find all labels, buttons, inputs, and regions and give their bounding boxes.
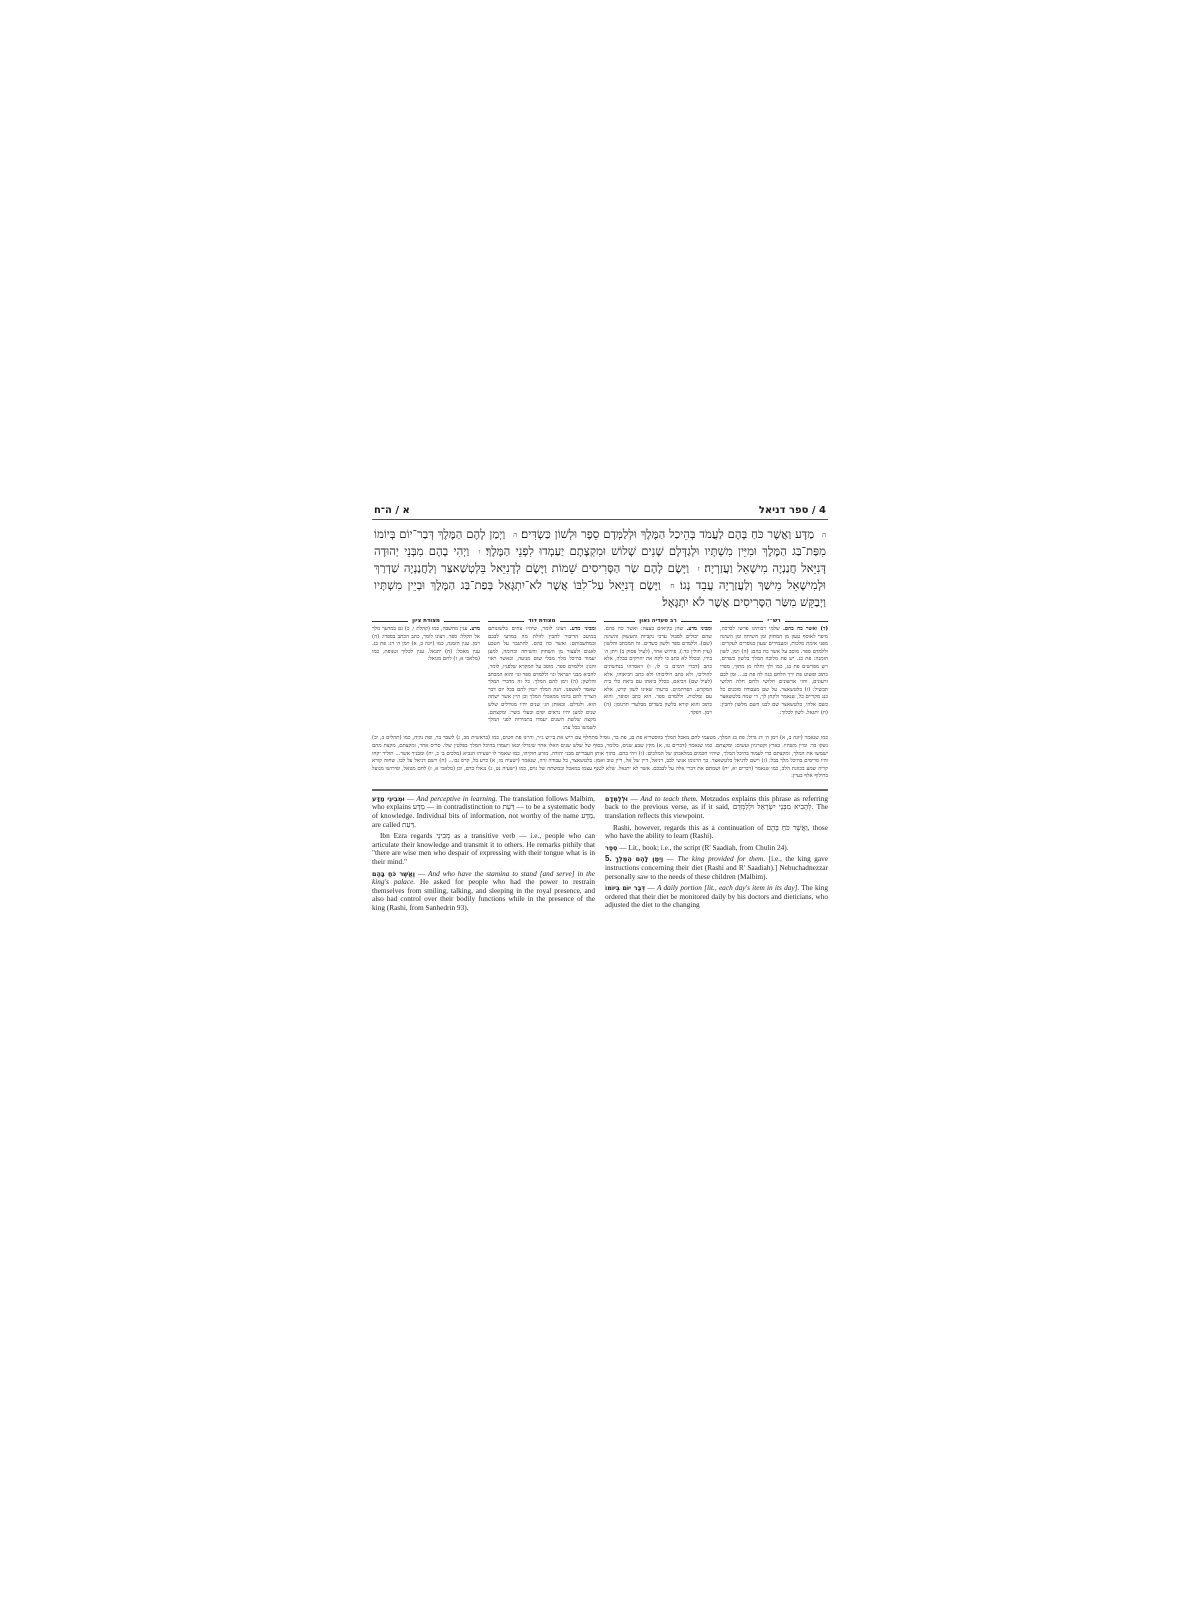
commentary-metzudas-david: מצודת דוד ומביני מדע. רצונו לומר, שיהיו …	[488, 618, 596, 732]
book-page: א / ה־ח 4 / ספר דניאל ה מַדָּע וַאֲשֶׁר …	[372, 505, 828, 916]
commentary-title: מצודת ציון	[412, 618, 440, 624]
commentary-lemma: ומביני מדע.	[687, 626, 712, 632]
note: וַאֲשֶׁר כֹּחַ בָּהֶם — And who have the…	[372, 870, 595, 913]
note: סֵפֶר — Lit., book; i.e., the script (R'…	[605, 844, 828, 853]
section-divider	[372, 789, 828, 791]
scripture-text: ה מַדָּע וַאֲשֶׁר כֹּחַ בָּהֶם לַעֲמֹד ב…	[372, 526, 828, 610]
commentary-lemma: מדע.	[469, 626, 480, 632]
verse-number: ה	[822, 531, 826, 539]
commentary-metzudas-tzion: מצודת ציון מדע. ענין מחשבה, כמו (קהלת י,…	[372, 618, 480, 732]
english-notes: וּמְבִינֵי מַדָּע — And perceptive in le…	[372, 795, 828, 916]
english-notes-right: וּלְלַמְּדָם — And to teach them. Metzud…	[605, 795, 828, 916]
commentary-title: מצודת דוד	[528, 618, 555, 624]
note: Rashi, however, regards this as a contin…	[605, 824, 828, 841]
commentary-text: שלמי רבותינו פרשו לברכה, מיפוי לאוסף טעו…	[720, 626, 828, 716]
commentary-text: ענין מחשבה, כמו (קהלת י, כ) גם במדעך מלך…	[372, 626, 480, 662]
english-notes-left: וּמְבִינֵי מַדָּע — And perceptive in le…	[372, 795, 595, 916]
divider	[372, 621, 408, 622]
commentary-columns: רש״י (ד) ואשר כח בהם. שלמי רבותינו פרשו …	[372, 618, 828, 732]
divider	[604, 621, 635, 622]
note: וּלְלַמְּדָם — And to teach them. Metzud…	[605, 795, 828, 821]
divider	[488, 621, 524, 622]
commentary-rashi: רש״י (ד) ואשר כח בהם. שלמי רבותינו פרשו …	[720, 618, 828, 732]
chapter-verse-range: א / ה־ח	[374, 505, 410, 516]
divider	[720, 621, 763, 622]
commentary-lemma: ומביני מדע.	[570, 626, 596, 632]
page-number-book-title: 4 / ספר דניאל	[759, 505, 826, 516]
note: Ibn Ezra regards מְבִינֵי as a transitiv…	[372, 832, 595, 866]
commentary-title: רש״י	[767, 618, 780, 624]
divider	[681, 621, 712, 622]
running-head: א / ה־ח 4 / ספר דניאל	[372, 505, 828, 520]
verse-number: ו	[479, 548, 481, 556]
note: דְּבַר יוֹם בְּיוֹמוֹ — A daily portion …	[605, 884, 828, 910]
commentary-lemma: (ד) ואשר כח בהם.	[783, 626, 828, 632]
divider	[444, 621, 480, 622]
commentary-text: שהן בקיאים בעצה: ואשר כח בהם. שהם יכולים…	[604, 626, 712, 716]
verse-number: ח	[670, 582, 674, 590]
verse-number: ז	[698, 565, 700, 573]
verse-text: מַדָּע וַאֲשֶׁר כֹּחַ בָּהֶם לַעֲמֹד בְּ…	[521, 527, 814, 541]
fullwidth-commentary: כמו שנאמר (יונה ב, א) וימן ה׳ דג גדול: פ…	[372, 735, 828, 781]
divider	[560, 621, 596, 622]
commentary-text: רצונו לומר, שיהיו צחים בלשונותם במיטב הד…	[488, 626, 596, 731]
note: 5. וַיְמַן לָהֶם הַמֶּלֶךְ — The king pr…	[605, 855, 828, 881]
divider	[785, 621, 828, 622]
note: וּמְבִינֵי מַדָּע — And perceptive in le…	[372, 795, 595, 829]
verse-number: ה	[513, 531, 517, 539]
commentary-title: רב סעדיה גאון	[639, 618, 676, 624]
commentary-saadiah: רב סעדיה גאון ומביני מדע. שהן בקיאים בעצ…	[604, 618, 712, 732]
